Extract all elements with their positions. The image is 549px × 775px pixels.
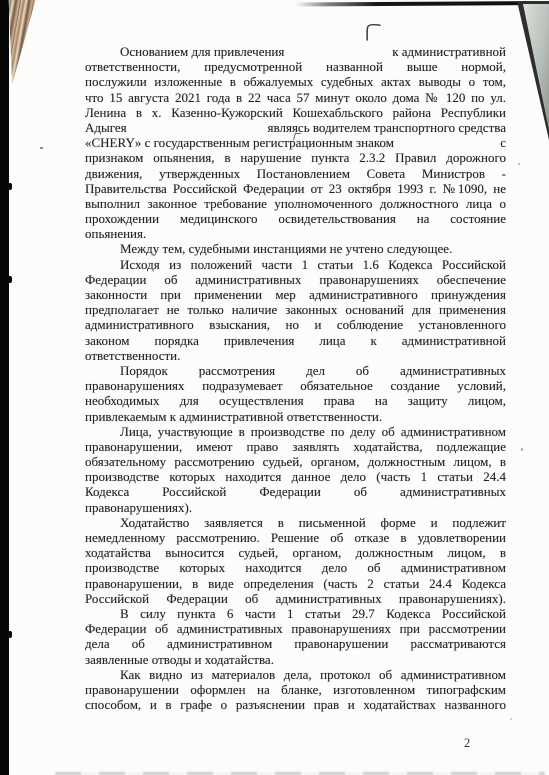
text-line: ходатайства выносится судьей, органом, д…: [85, 545, 506, 560]
paragraph: Основанием для привлеченияк администрати…: [85, 44, 506, 241]
text-line: необходимых для осуществления права на з…: [85, 393, 506, 408]
text-line: административного взыскания, но и соблюд…: [85, 317, 506, 332]
text-segment: с: [500, 135, 506, 150]
scan-speck: [40, 147, 43, 149]
text-line: ответственности, предусмотренной названн…: [85, 59, 506, 74]
corner-bracket-mark: [364, 22, 382, 44]
text-line: Кодекса Российской Федерации об админист…: [85, 484, 506, 499]
paragraph: Ходатайство заявляется в письменной форм…: [85, 515, 506, 606]
text-line: способом, и в графе о разъяснении прав и…: [85, 697, 506, 712]
text-line: предполагает не только наличие законных …: [85, 302, 506, 317]
text-line: В силу пункта 6 части 1 статьи 29.7 Коде…: [85, 606, 506, 621]
text-segment: Основанием для привлечения: [120, 44, 284, 59]
scan-shadow-nub: [8, 631, 12, 638]
scan-wood-texture-corner: [8, 0, 38, 84]
text-line: привлекаемым к административной ответств…: [85, 409, 506, 424]
scan-shadow-nub: [8, 276, 12, 283]
text-line: Федерации об административных правонаруш…: [85, 621, 506, 636]
document-page: Основанием для привлеченияк администрати…: [0, 0, 549, 775]
text-line: признаком опьянения, в нарушение пункта …: [85, 150, 506, 165]
text-line: ответственности.: [85, 348, 506, 363]
text-segment: «CHERY» с государственным регистрационны…: [85, 135, 394, 150]
text-line: Лица, участвующие в производстве по делу…: [85, 424, 506, 439]
paragraph: Как видно из материалов дела, протокол о…: [85, 667, 506, 713]
paragraph: Исходя из положений части 1 статьи 1.6 К…: [85, 257, 506, 363]
text-line: выполнил законное требование уполномочен…: [85, 196, 506, 211]
scan-edge-top-line: [295, 1, 549, 7]
text-line: производстве которых находится дело об а…: [85, 560, 506, 575]
text-line: что 15 августа 2021 года в 22 часа 57 ми…: [85, 90, 506, 105]
text-line: Как видно из материалов дела, протокол о…: [85, 667, 506, 682]
text-line: опьянения.: [85, 226, 506, 241]
text-line: правонарушении, в виде определения (част…: [85, 576, 506, 591]
document-text: Основанием для привлеченияк администрати…: [85, 44, 506, 712]
scan-shadow-nub: [8, 183, 12, 190]
text-line: правонарушении оформлен на бланке, изгот…: [85, 682, 506, 697]
text-line: заявленные отводы и ходатайства.: [85, 652, 506, 667]
text-line: правонарушениях подразумевает обязательн…: [85, 378, 506, 393]
text-line: производстве которых находится данное де…: [85, 469, 506, 484]
text-line: движения, утвержденных Постановлением Со…: [85, 166, 506, 181]
text-line: Исходя из положений части 1 статьи 1.6 К…: [85, 257, 506, 272]
text-line: Российской Федерации об административных…: [85, 591, 506, 606]
text-line: правонарушениях).: [85, 500, 506, 515]
scan-corner-fold: [517, 0, 549, 140]
paragraph: В силу пункта 6 части 1 статьи 29.7 Коде…: [85, 606, 506, 667]
text-line: Основанием для привлеченияк администрати…: [85, 44, 506, 59]
text-line: прохождении медицинского освидетельствов…: [85, 211, 506, 226]
paragraph: Между тем, судебными инстанциями не учте…: [85, 241, 506, 256]
text-line: законности при применении мер администра…: [85, 287, 506, 302]
text-line: Ленина в х. Казенно-Кужорский Кошехабльс…: [85, 105, 506, 120]
text-line: Правительства Российской Федерации от 23…: [85, 181, 506, 196]
text-segment: являясь водителем транспортного средства: [268, 120, 506, 135]
text-line: послужили изложенные в обжалуемых судебн…: [85, 74, 506, 89]
text-line: Порядок рассмотрения дел об администрати…: [85, 363, 506, 378]
text-line: Федерации об административных правонаруш…: [85, 272, 506, 287]
text-line: законом порядка привлечения лица к админ…: [85, 333, 506, 348]
scan-speck: [518, 163, 520, 165]
text-line: Ходатайство заявляется в письменной форм…: [85, 515, 506, 530]
paragraph: Порядок рассмотрения дел об администрати…: [85, 363, 506, 424]
text-line: правонарушении, имеют право заявлять ход…: [85, 439, 506, 454]
scan-speck: [521, 448, 523, 451]
text-line: дела об административном правонарушении …: [85, 636, 506, 651]
text-line: Между тем, судебными инстанциями не учте…: [85, 241, 506, 256]
scan-speck: [510, 718, 512, 720]
text-segment: к административной: [392, 44, 506, 59]
text-line: обязательному рассмотрению судьей, орган…: [85, 454, 506, 469]
text-segment: Адыгея: [85, 120, 127, 135]
paragraph: Лица, участвующие в производстве по делу…: [85, 424, 506, 515]
text-line: немедленному рассмотрению. Решение об от…: [85, 530, 506, 545]
scan-shadow-left-bar: [0, 0, 9, 775]
page-number: 2: [464, 736, 470, 751]
